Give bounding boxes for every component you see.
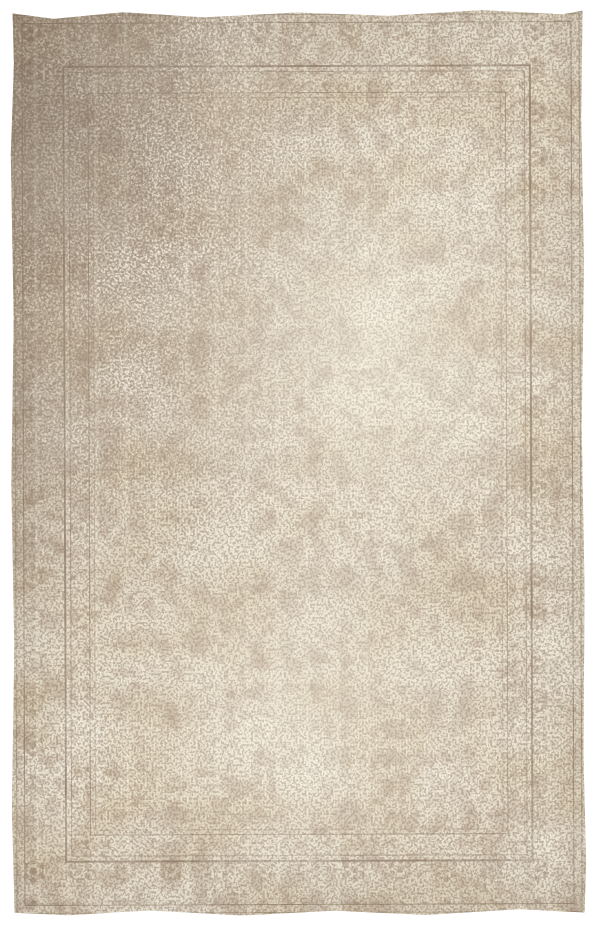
rug-photo: Heavily washed-out vintage hand-knotted … <box>7 7 588 920</box>
lighting-vignette <box>7 7 588 920</box>
photo-canvas: Heavily washed-out vintage hand-knotted … <box>0 0 599 927</box>
rug-photo-caption: Heavily washed-out vintage hand-knotted … <box>7 9 8 10</box>
